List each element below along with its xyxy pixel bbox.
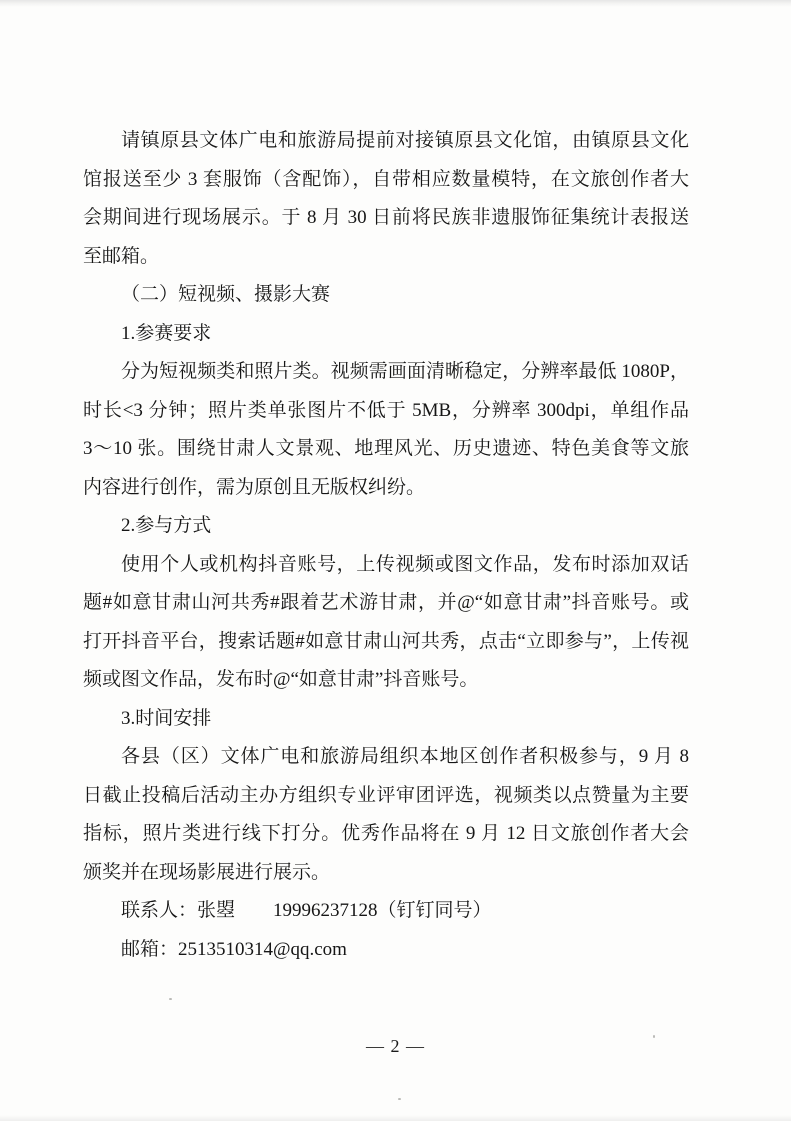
scan-speck [653, 1035, 655, 1038]
document-page: 请镇原县文体广电和旅游局提前对接镇原县文化馆，由镇原县文化馆报送至少 3 套服饰… [0, 0, 791, 1121]
body-line: 打开抖音平台，搜索话题#如意甘肃山河共秀，点击“立即参与”，上传视 [83, 623, 689, 662]
section-heading-line: （二）短视频、摄影大赛 [83, 276, 689, 315]
body-line: 频或图文作品，发布时@“如意甘肃”抖音账号。 [83, 661, 689, 700]
body-line: 馆报送至少 3 套服饰（含配饰），自带相应数量模特，在文旅创作者大 [83, 161, 689, 200]
body-line: 使用个人或机构抖音账号，上传视频或图文作品，发布时添加双话 [83, 546, 689, 585]
body-line: 分为短视频类和照片类。视频需画面清晰稳定，分辨率最低 1080P， [83, 353, 689, 392]
body-line: 颁奖并在现场影展进行展示。 [83, 854, 689, 893]
body-line: 题#如意甘肃山河共秀#跟着艺术游甘肃，并@“如意甘肃”抖音账号。或 [83, 584, 689, 623]
contact-line: 联系人：张曌 19996237128（钉钉同号） [83, 892, 689, 931]
body-line: 内容进行创作，需为原创且无版权纠纷。 [83, 469, 689, 508]
body-line: 日截止投稿后活动主办方组织专业评审团评选，视频类以点赞量为主要 [83, 777, 689, 816]
subheading-line: 3.时间安排 [83, 700, 689, 739]
contact-line: 邮箱：2513510314@qq.com [83, 931, 689, 970]
document-body: 请镇原县文体广电和旅游局提前对接镇原县文化馆，由镇原县文化馆报送至少 3 套服饰… [83, 122, 689, 969]
scan-edge-top [0, 0, 791, 7]
scan-speck [398, 1098, 401, 1100]
page-number: — 2 — [0, 1036, 791, 1057]
subheading-line: 1.参赛要求 [83, 315, 689, 354]
scan-speck [169, 998, 172, 1000]
body-line: 时长<3 分钟；照片类单张图片不低于 5MB，分辨率 300dpi，单组作品 [83, 392, 689, 431]
body-line: 至邮箱。 [83, 238, 689, 277]
subheading-line: 2.参与方式 [83, 507, 689, 546]
body-line: 3～10 张。围绕甘肃人文景观、地理风光、历史遗迹、特色美食等文旅 [83, 430, 689, 469]
body-line: 请镇原县文体广电和旅游局提前对接镇原县文化馆，由镇原县文化 [83, 122, 689, 161]
body-line: 会期间进行现场展示。于 8 月 30 日前将民族非遗服饰征集统计表报送 [83, 199, 689, 238]
body-line: 指标，照片类进行线下打分。优秀作品将在 9 月 12 日文旅创作者大会 [83, 815, 689, 854]
scan-edge-bottom [0, 1115, 791, 1121]
body-line: 各县（区）文体广电和旅游局组织本地区创作者积极参与，9 月 8 [83, 738, 689, 777]
